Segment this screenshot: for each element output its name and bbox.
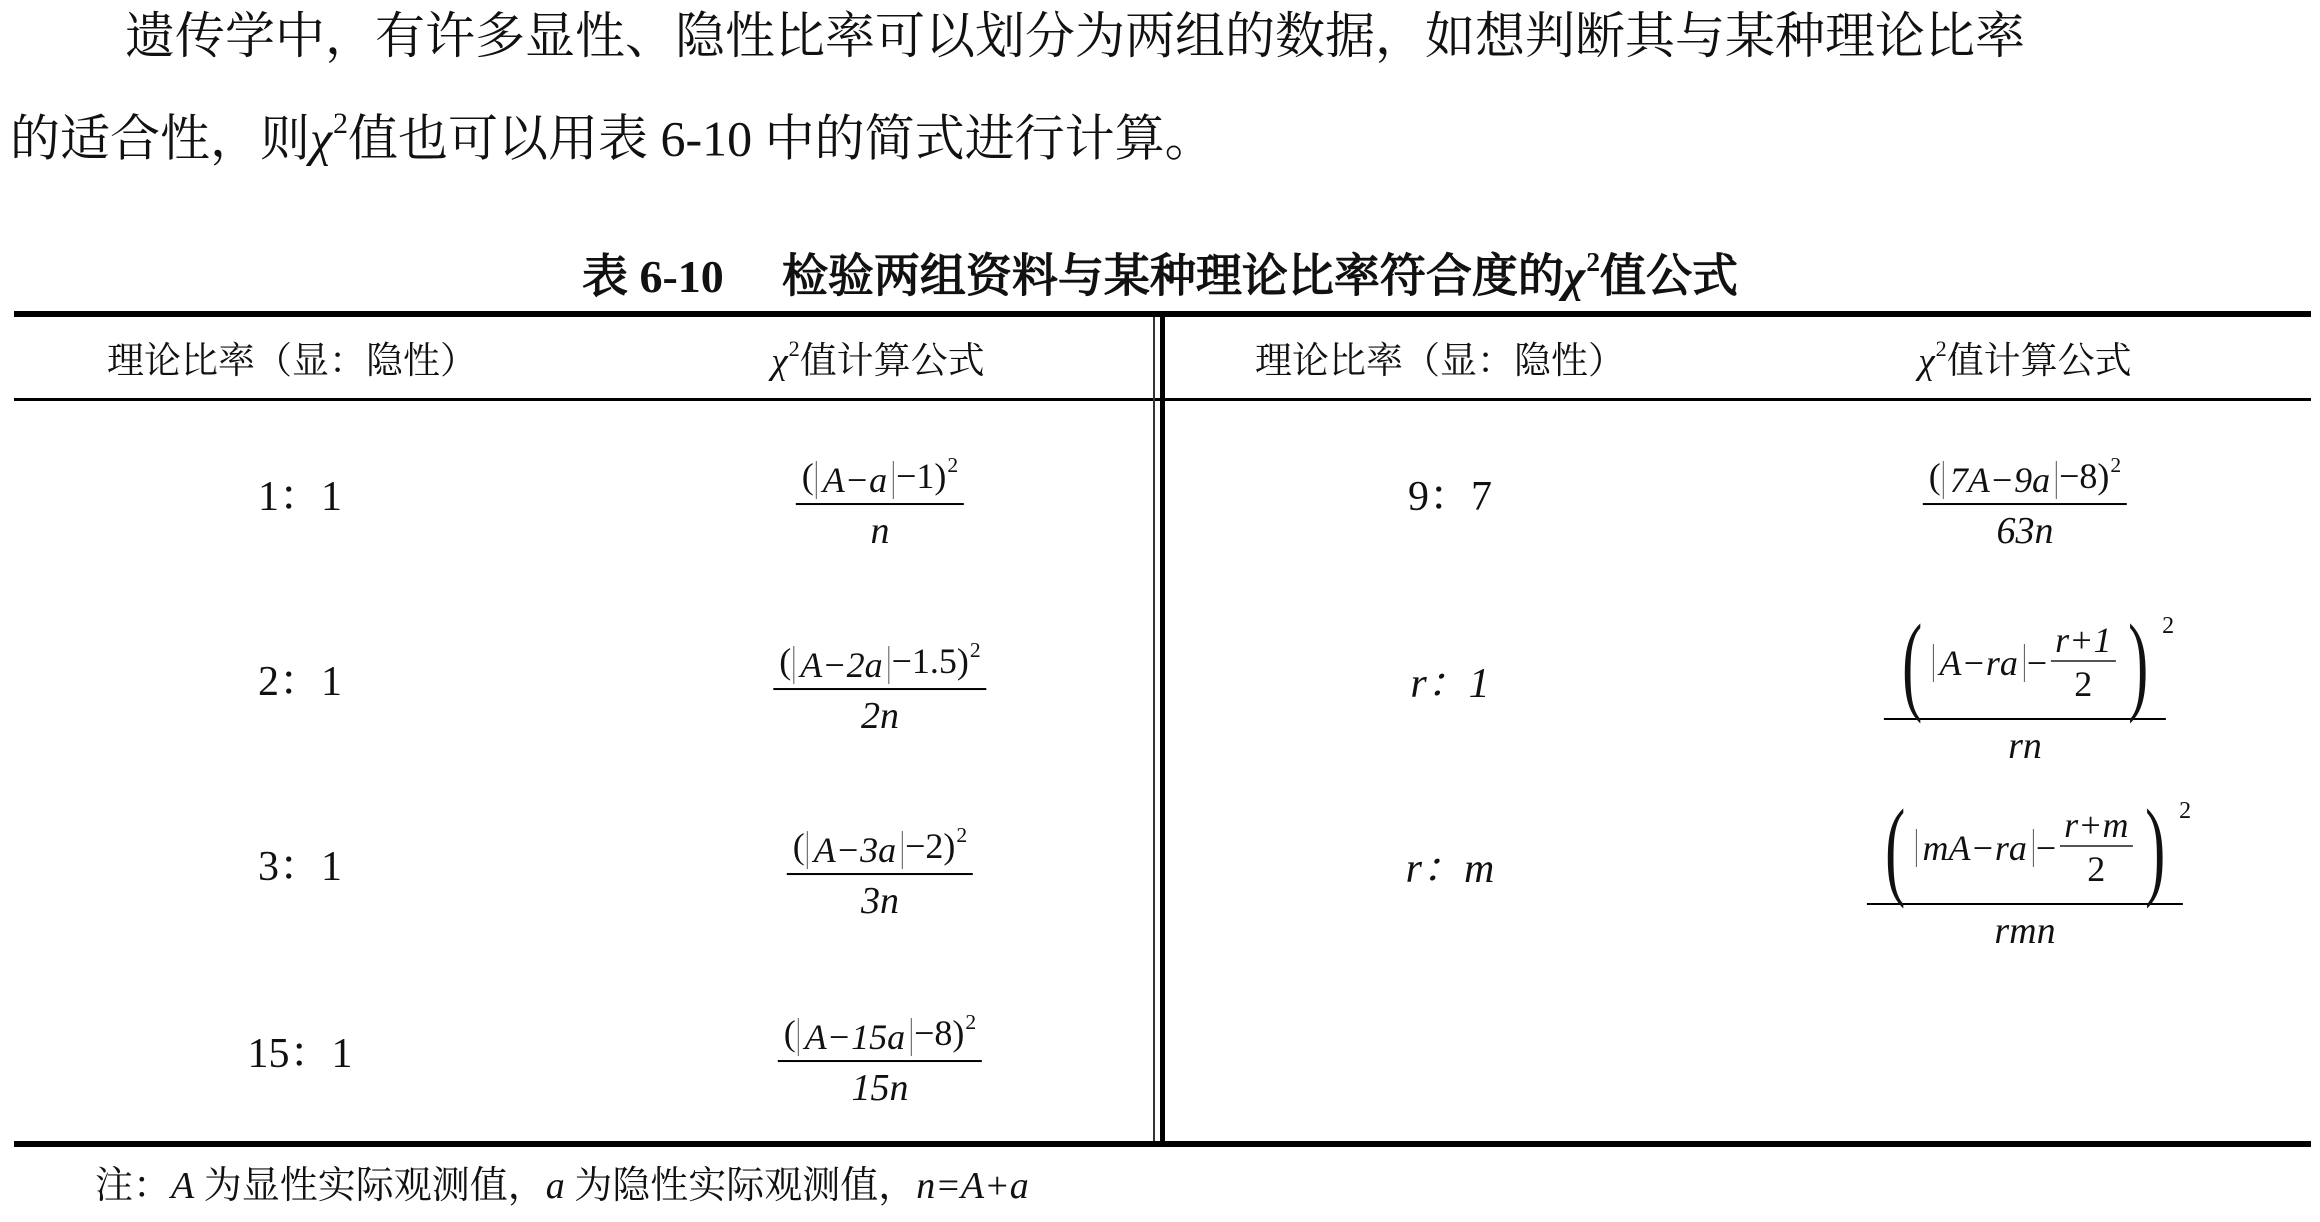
inner-fraction: r+m 2 bbox=[2060, 805, 2132, 891]
table-number: 表 6-10 bbox=[582, 251, 724, 302]
formula-numerator: (A−15a−8)2 bbox=[778, 1000, 982, 1060]
paren: ( bbox=[784, 1013, 796, 1053]
inner-denominator: 2 bbox=[2087, 847, 2105, 891]
ratio-cell: 1：1 bbox=[258, 463, 342, 523]
intro-text: 值也可以用表 6-10 中的简式进行计算。 bbox=[348, 111, 1215, 167]
formula-cell: (7A−9a−8)2 63n bbox=[1923, 443, 2127, 553]
formula-denominator: 2n bbox=[861, 690, 899, 738]
formula-denominator: rn bbox=[2008, 720, 2042, 768]
minus-sign: − bbox=[2036, 826, 2056, 870]
variable-a: a bbox=[546, 1165, 565, 1207]
note-equation: n=A+a bbox=[916, 1165, 1029, 1207]
inner-denominator: 2 bbox=[2074, 662, 2092, 706]
chi-symbol: χ bbox=[1918, 341, 1934, 382]
formula-cell: (A−a−1)2 n bbox=[796, 443, 964, 553]
big-parentheses: ( A−ra − r+1 2 ) 2 bbox=[1890, 608, 2160, 718]
chi-exponent: 2 bbox=[333, 107, 348, 140]
paren-left: ( bbox=[1902, 608, 1922, 718]
abs-expr: 7A−9a bbox=[1943, 461, 2057, 499]
header-formula-label: 值计算公式 bbox=[800, 341, 985, 382]
formula-fraction: ( A−ra − r+1 2 ) 2 rn bbox=[1884, 608, 2166, 768]
formula-fraction: (7A−9a−8)2 63n bbox=[1923, 443, 2127, 553]
abs-expr: A−a bbox=[816, 461, 894, 499]
inner-fraction: r+1 2 bbox=[2051, 620, 2115, 706]
expr-rest: −1) bbox=[896, 456, 946, 496]
note-text: 为显性实际观测值， bbox=[194, 1165, 546, 1207]
formula-fraction: (A−15a−8)2 15n bbox=[778, 1000, 982, 1110]
formula-numerator: ( A−ra − r+1 2 ) 2 bbox=[1884, 608, 2166, 718]
exponent: 2 bbox=[2179, 789, 2191, 833]
expr-rest: −1.5) bbox=[892, 641, 969, 681]
expr-rest: −8) bbox=[914, 1013, 964, 1053]
paren-right: ) bbox=[2128, 608, 2148, 718]
header-formula-right: χ2值计算公式 bbox=[1918, 330, 2131, 384]
note-prefix: 注： bbox=[95, 1165, 171, 1207]
expr-rest: −8) bbox=[2059, 456, 2109, 496]
chi-exponent: 2 bbox=[789, 336, 800, 361]
paren: ( bbox=[802, 456, 814, 496]
table-title-suffix: 值公式 bbox=[1600, 251, 1738, 302]
formula-numerator: ( mA−ra − r+m 2 ) 2 bbox=[1867, 793, 2183, 903]
header-ratio-left: 理论比率（显：隐性） bbox=[107, 330, 477, 384]
table-double-divider-thin bbox=[1153, 317, 1155, 1141]
formula-cell: ( mA−ra − r+m 2 ) 2 rmn bbox=[1867, 793, 2183, 953]
abs-expr: A−15a bbox=[798, 1018, 912, 1056]
minus-sign: − bbox=[2027, 641, 2047, 685]
note-text: 为隐性实际观测值， bbox=[565, 1165, 917, 1207]
formula-fraction: (A−a−1)2 n bbox=[796, 443, 964, 553]
exponent: 2 bbox=[970, 638, 981, 662]
formula-numerator: (A−3a−2)2 bbox=[787, 813, 973, 873]
exponent: 2 bbox=[965, 1010, 976, 1034]
chi-exponent: 2 bbox=[1586, 246, 1600, 277]
table-title: 检验两组资料与某种理论比率符合度的 bbox=[782, 251, 1564, 302]
intro-text: 遗传学中，有许多显性、隐性比率可以划分为两组的数据，如想判断其与某种理论比率 bbox=[125, 8, 2025, 64]
inner-numerator: r+1 bbox=[2051, 620, 2115, 660]
abs-expr: A−3a bbox=[807, 831, 903, 869]
header-ratio-right: 理论比率（显：隐性） bbox=[1255, 330, 1625, 384]
exponent: 2 bbox=[947, 453, 958, 477]
formula-cell: ( A−ra − r+1 2 ) 2 rn bbox=[1884, 608, 2166, 768]
exponent: 2 bbox=[956, 823, 967, 847]
formula-denominator: 3n bbox=[861, 875, 899, 923]
chi-symbol: χ bbox=[1564, 251, 1585, 302]
formula-denominator: rmn bbox=[1994, 905, 2055, 953]
header-formula-left: χ2值计算公式 bbox=[771, 330, 984, 384]
exponent: 2 bbox=[2162, 604, 2174, 648]
ratio-cell: r：m bbox=[1406, 835, 1495, 895]
chi-symbol: χ bbox=[771, 341, 787, 382]
ratio-cell: 9：7 bbox=[1408, 463, 1492, 523]
formula-denominator: 15n bbox=[851, 1062, 908, 1110]
intro-paragraph-line-1: 遗传学中，有许多显性、隐性比率可以划分为两组的数据，如想判断其与某种理论比率 bbox=[125, 8, 2320, 64]
paren: ( bbox=[793, 826, 805, 866]
formula-denominator: 63n bbox=[1996, 505, 2053, 553]
paren: ( bbox=[779, 641, 791, 681]
table-double-divider-thick bbox=[1160, 317, 1165, 1141]
table-caption: 表 6-10检验两组资料与某种理论比率符合度的χ2值公式 bbox=[0, 232, 2320, 307]
abs-expr: mA−ra bbox=[1916, 829, 2034, 867]
formula-numerator: (A−a−1)2 bbox=[796, 443, 964, 503]
formula-numerator: (A−2a−1.5)2 bbox=[773, 628, 986, 688]
intro-paragraph-line-2: 的适合性，则χ2值也可以用表 6-10 中的简式进行计算。 bbox=[10, 96, 2320, 167]
variable-A: A bbox=[171, 1165, 194, 1207]
chi-exponent: 2 bbox=[1936, 336, 1947, 361]
ratio-cell: 3：1 bbox=[258, 833, 342, 893]
formula-fraction: (A−3a−2)2 3n bbox=[787, 813, 973, 923]
inner-numerator: r+m bbox=[2060, 805, 2132, 845]
formula-fraction: (A−2a−1.5)2 2n bbox=[773, 628, 986, 738]
abs-expr: A−ra bbox=[1933, 644, 2025, 682]
intro-text: 的适合性，则 bbox=[10, 111, 310, 167]
table-bottom-rule bbox=[14, 1141, 2311, 1147]
exponent: 2 bbox=[2110, 453, 2121, 477]
formula-fraction: ( mA−ra − r+m 2 ) 2 rmn bbox=[1867, 793, 2183, 953]
formula-cell: (A−15a−8)2 15n bbox=[778, 1000, 982, 1110]
expr-rest: −2) bbox=[905, 826, 955, 866]
paren-right: ) bbox=[2145, 793, 2165, 903]
ratio-cell: 2：1 bbox=[258, 648, 342, 708]
formula-numerator: (7A−9a−8)2 bbox=[1923, 443, 2127, 503]
formula-cell: (A−3a−2)2 3n bbox=[787, 813, 973, 923]
table-note: 注：A 为显性实际观测值，a 为隐性实际观测值，n=A+a bbox=[95, 1158, 1029, 1214]
header-formula-label: 值计算公式 bbox=[1947, 341, 2132, 382]
paren-left: ( bbox=[1885, 793, 1905, 903]
abs-expr: A−2a bbox=[793, 646, 889, 684]
paren: ( bbox=[1929, 456, 1941, 496]
big-parentheses: ( mA−ra − r+m 2 ) 2 bbox=[1873, 793, 2177, 903]
ratio-cell: r：1 bbox=[1410, 650, 1489, 710]
formula-cell: (A−2a−1.5)2 2n bbox=[773, 628, 986, 738]
chi-symbol: χ bbox=[310, 111, 332, 167]
formula-denominator: n bbox=[870, 505, 889, 553]
ratio-cell: 15：1 bbox=[247, 1020, 352, 1080]
